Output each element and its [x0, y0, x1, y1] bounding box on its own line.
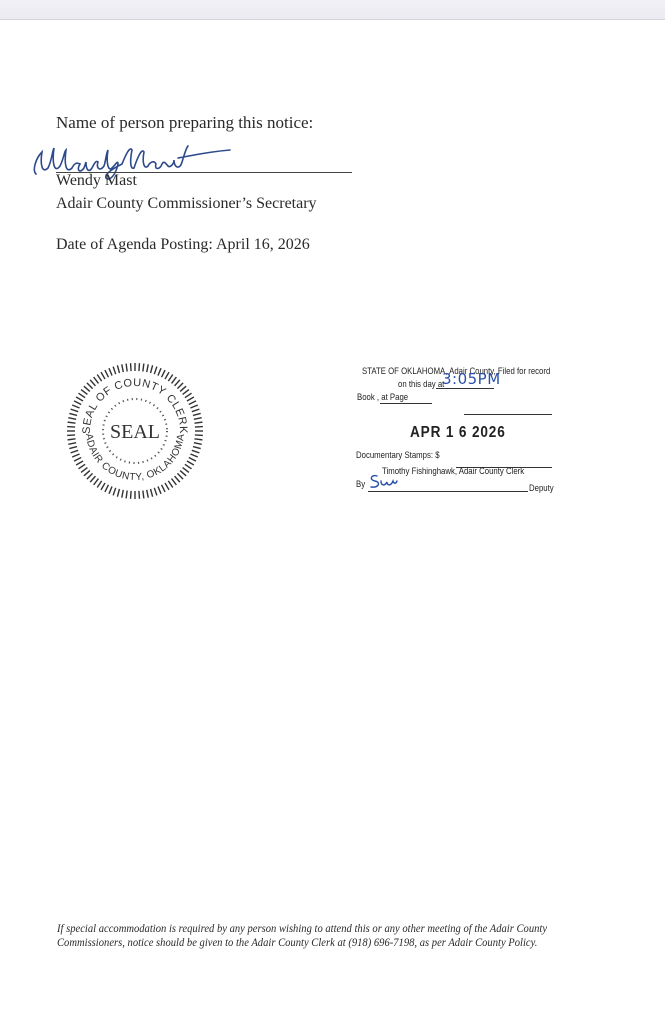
- seal-center-text: SEAL: [110, 421, 160, 443]
- time-line: [436, 388, 494, 389]
- deputy-label: Deputy: [529, 483, 554, 494]
- handwritten-time: 3:05PM: [442, 370, 501, 388]
- accommodation-notice: If special accommodation is required by …: [57, 922, 609, 950]
- by-line: [368, 491, 528, 492]
- filing-stamp: STATE OF OKLAHOMA, Adair County, Filed f…: [354, 366, 569, 506]
- clerk-name: Timothy Fishinghawk, Adair County Clerk: [382, 466, 524, 477]
- stamp-book-page: Book , at Page: [357, 392, 408, 403]
- documentary-stamps-label: Documentary Stamps: $: [356, 450, 440, 461]
- viewer-top-bar: [0, 0, 665, 20]
- by-label: By: [356, 479, 365, 490]
- county-clerk-seal: SEAL OF COUNTY CLERK ADAIR COUNTY, OKLAH…: [64, 360, 206, 502]
- book-line: [380, 403, 432, 404]
- preparer-name: Wendy Mast: [56, 172, 137, 190]
- preparer-title: Adair County Commissioner’s Secretary: [56, 195, 317, 213]
- stamp-date: APR 1 6 2026: [410, 424, 506, 442]
- posting-date: Date of Agenda Posting: April 16, 2026: [56, 236, 310, 254]
- deputy-initials: [367, 472, 399, 490]
- preparer-label: Name of person preparing this notice:: [56, 113, 313, 133]
- page-line: [464, 414, 552, 415]
